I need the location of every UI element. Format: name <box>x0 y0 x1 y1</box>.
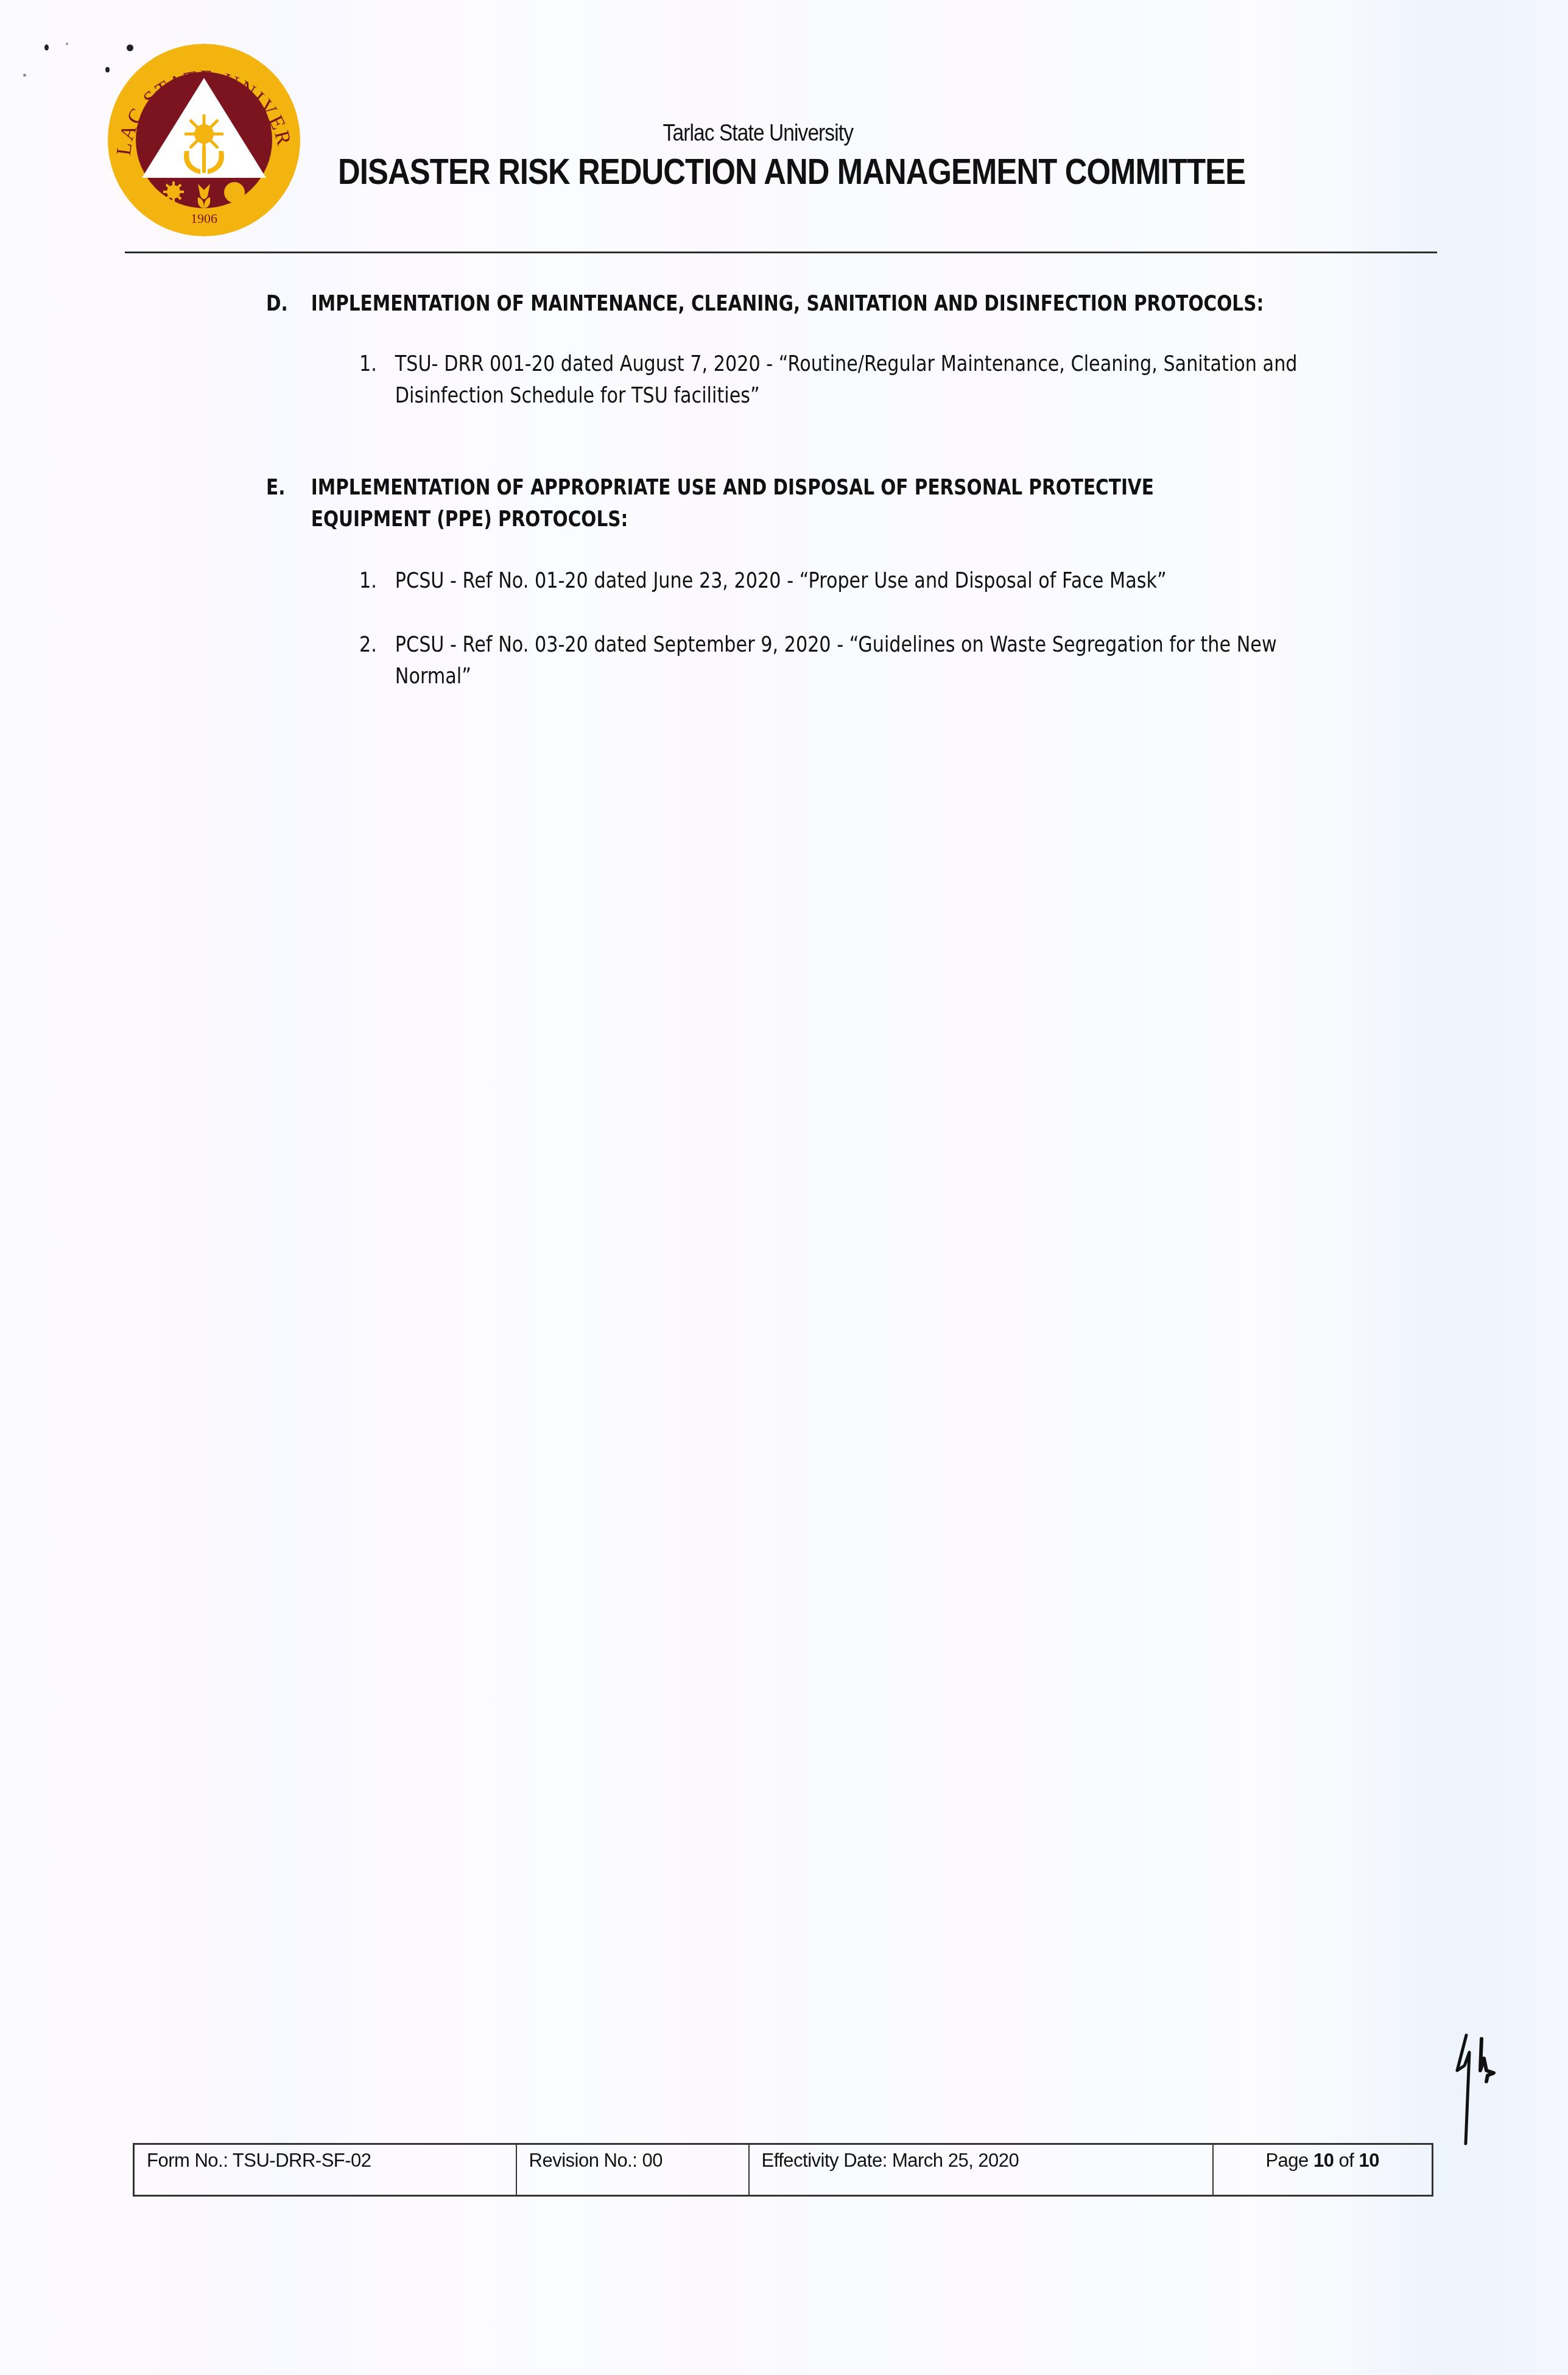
item-line: TSU- DRR 001-20 dated August 7, 2020 - “… <box>395 348 1298 380</box>
item-line: Disinfection Schedule for TSU facilities… <box>395 380 760 412</box>
section-title-line: IMPLEMENTATION OF MAINTENANCE, CLEANING,… <box>311 287 1264 320</box>
document-control-footer: Form No.: TSU-DRR-SF-02 Revision No.: 00… <box>133 2143 1433 2197</box>
item-line: PCSU - Ref No. 01-20 dated June 23, 2020… <box>395 565 1167 597</box>
section-title-line: EQUIPMENT (PPE) PROTOCOLS: <box>311 503 628 535</box>
section-title-line: IMPLEMENTATION OF APPROPRIATE USE AND DI… <box>311 471 1154 504</box>
section-letter: D. <box>266 287 288 320</box>
effectivity-date: Effectivity Date: March 25, 2020 <box>749 2144 1213 2196</box>
revision-number: Revision No.: 00 <box>516 2144 749 2196</box>
page-of: of <box>1339 2150 1354 2171</box>
scan-speck <box>66 43 68 45</box>
item-line: Normal” <box>395 661 471 692</box>
university-seal-logo: TARLAC STATE UNIVERSITY 1906 <box>107 43 301 237</box>
signature-initials <box>1446 2028 1501 2150</box>
committee-title: DISASTER RISK REDUCTION AND MANAGEMENT C… <box>338 151 1245 192</box>
item-number: 1. <box>359 348 377 380</box>
scan-speck <box>23 74 26 77</box>
section-letter: E. <box>266 471 285 504</box>
page-current: 10 <box>1313 2150 1334 2171</box>
item-line: PCSU - Ref No. 03-20 dated September 9, … <box>395 629 1277 661</box>
svg-text:1906: 1906 <box>191 211 217 226</box>
page-number: Page 10 of 10 <box>1213 2144 1433 2196</box>
page-total: 10 <box>1359 2150 1379 2171</box>
university-name: Tarlac State University <box>645 121 871 147</box>
item-number: 1. <box>359 565 377 597</box>
page-label: Page <box>1265 2150 1308 2171</box>
item-number: 2. <box>359 629 377 661</box>
form-number: Form No.: TSU-DRR-SF-02 <box>134 2144 516 2196</box>
header-divider <box>125 252 1437 253</box>
scan-speck <box>44 44 49 51</box>
